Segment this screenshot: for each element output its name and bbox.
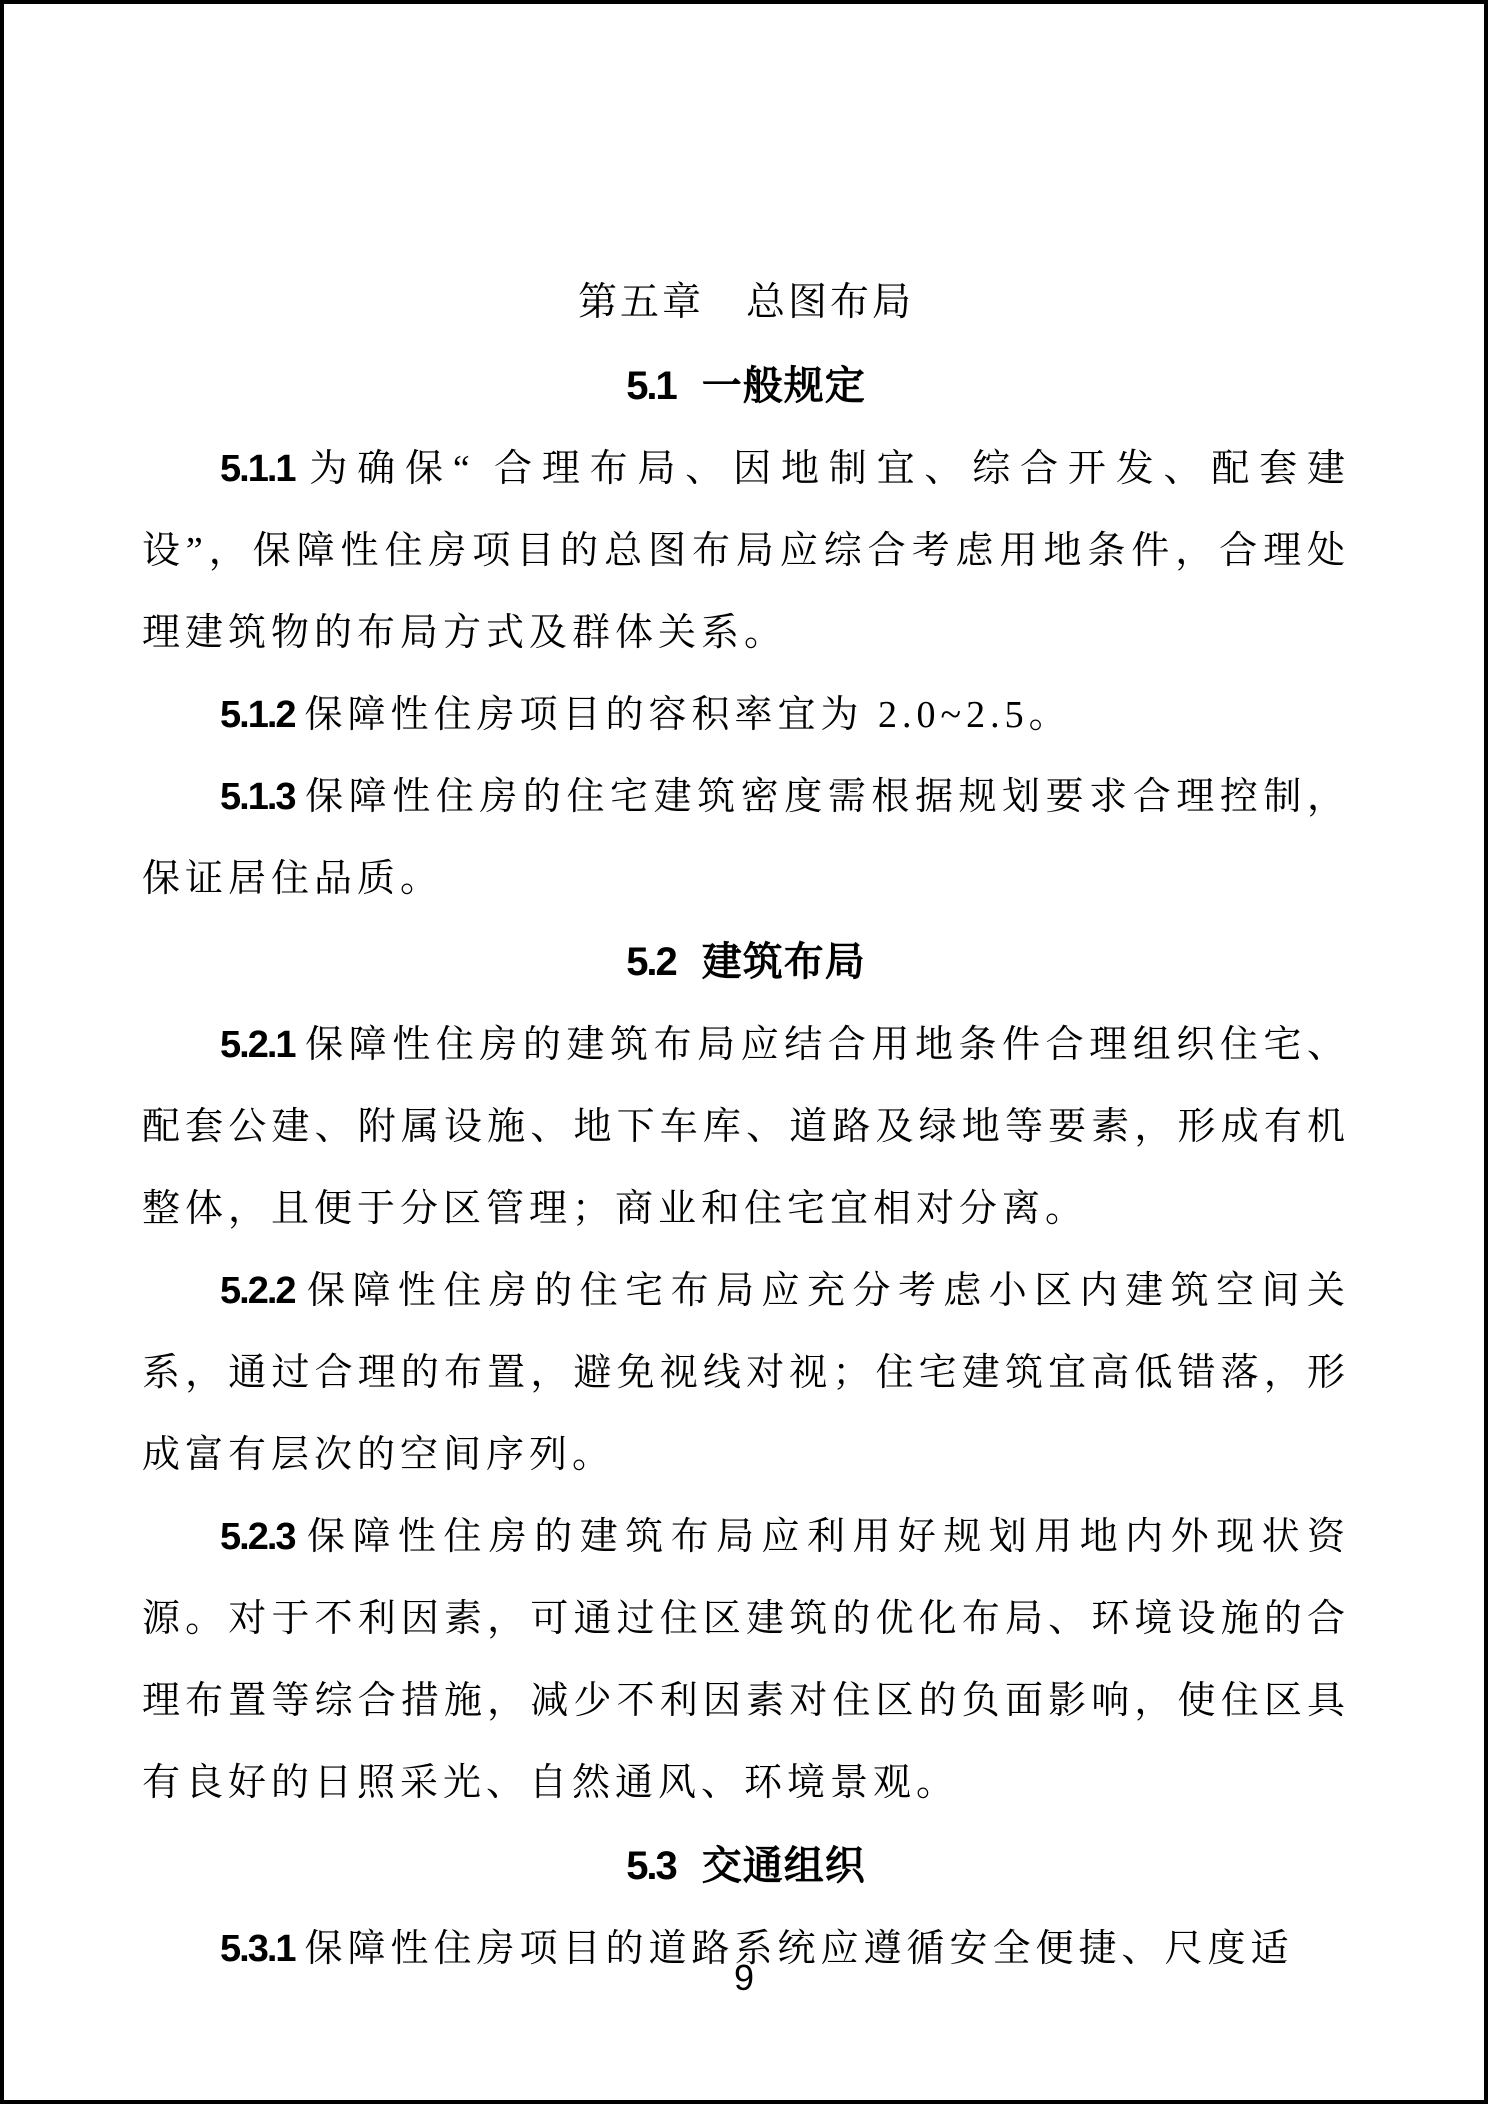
paragraph-number: 5.1.3 <box>220 776 295 818</box>
paragraph-5-2-3: 5.2.3保障性住房的建筑布局应利用好规划用地内外现状资源。对于不利因素，可通过… <box>142 1496 1350 1824</box>
page-number: 9 <box>4 1956 1484 2000</box>
paragraph-number: 5.2.1 <box>220 1024 295 1066</box>
chapter-title: 第五章 总图布局 <box>142 262 1350 344</box>
paragraph-5-2-2: 5.2.2保障性住房的住宅布局应充分考虑小区内建筑空间关系，通过合理的布置，避免… <box>142 1250 1350 1496</box>
paragraph-number: 5.2.2 <box>220 1270 295 1312</box>
paragraph-5-1-3: 5.1.3保障性住房的住宅建筑密度需根据规划要求合理控制，保证居住品质。 <box>142 756 1350 920</box>
section-number: 5.3 <box>626 1844 676 1888</box>
section-heading-5-3: 5.3交通组织 <box>142 1824 1350 1908</box>
paragraph-text: 保障性住房的住宅建筑密度需根据规划要求合理控制，保证居住品质。 <box>142 776 1350 900</box>
section-heading-5-1: 5.1一般规定 <box>142 344 1350 428</box>
section-title: 交通组织 <box>702 1844 866 1888</box>
document-page: { "page": { "chapter_title": "第五章 总图布局",… <box>0 0 1488 2104</box>
section-number: 5.2 <box>626 940 676 984</box>
paragraph-text: 为确保“ 合理布局、因地制宜、综合开发、配套建设”，保障性住房项目的总图布局应综… <box>142 448 1350 654</box>
paragraph-text: 保障性住房的建筑布局应结合用地条件合理组织住宅、配套公建、附属设施、地下车库、道… <box>142 1024 1350 1230</box>
paragraph-5-2-1: 5.2.1保障性住房的建筑布局应结合用地条件合理组织住宅、配套公建、附属设施、地… <box>142 1004 1350 1250</box>
paragraph-text: 保障性住房的建筑布局应利用好规划用地内外现状资源。对于不利因素，可通过住区建筑的… <box>142 1516 1350 1804</box>
paragraph-text: 保障性住房项目的容积率宜为 2.0~2.5。 <box>305 694 1072 736</box>
section-number: 5.1 <box>626 364 676 408</box>
paragraph-number: 5.2.3 <box>220 1516 295 1558</box>
paragraph-number: 5.1.1 <box>220 448 295 490</box>
paragraph-number: 5.1.2 <box>220 694 295 736</box>
paragraph-5-1-2: 5.1.2保障性住房项目的容积率宜为 2.0~2.5。 <box>142 674 1350 756</box>
page-content: 第五章 总图布局 5.1一般规定 5.1.1为确保“ 合理布局、因地制宜、综合开… <box>4 262 1484 1990</box>
section-heading-5-2: 5.2建筑布局 <box>142 920 1350 1004</box>
paragraph-text: 保障性住房的住宅布局应充分考虑小区内建筑空间关系，通过合理的布置，避免视线对视；… <box>142 1270 1350 1476</box>
paragraph-5-1-1: 5.1.1为确保“ 合理布局、因地制宜、综合开发、配套建设”，保障性住房项目的总… <box>142 428 1350 674</box>
section-title: 一般规定 <box>702 364 866 408</box>
section-title: 建筑布局 <box>702 940 866 984</box>
